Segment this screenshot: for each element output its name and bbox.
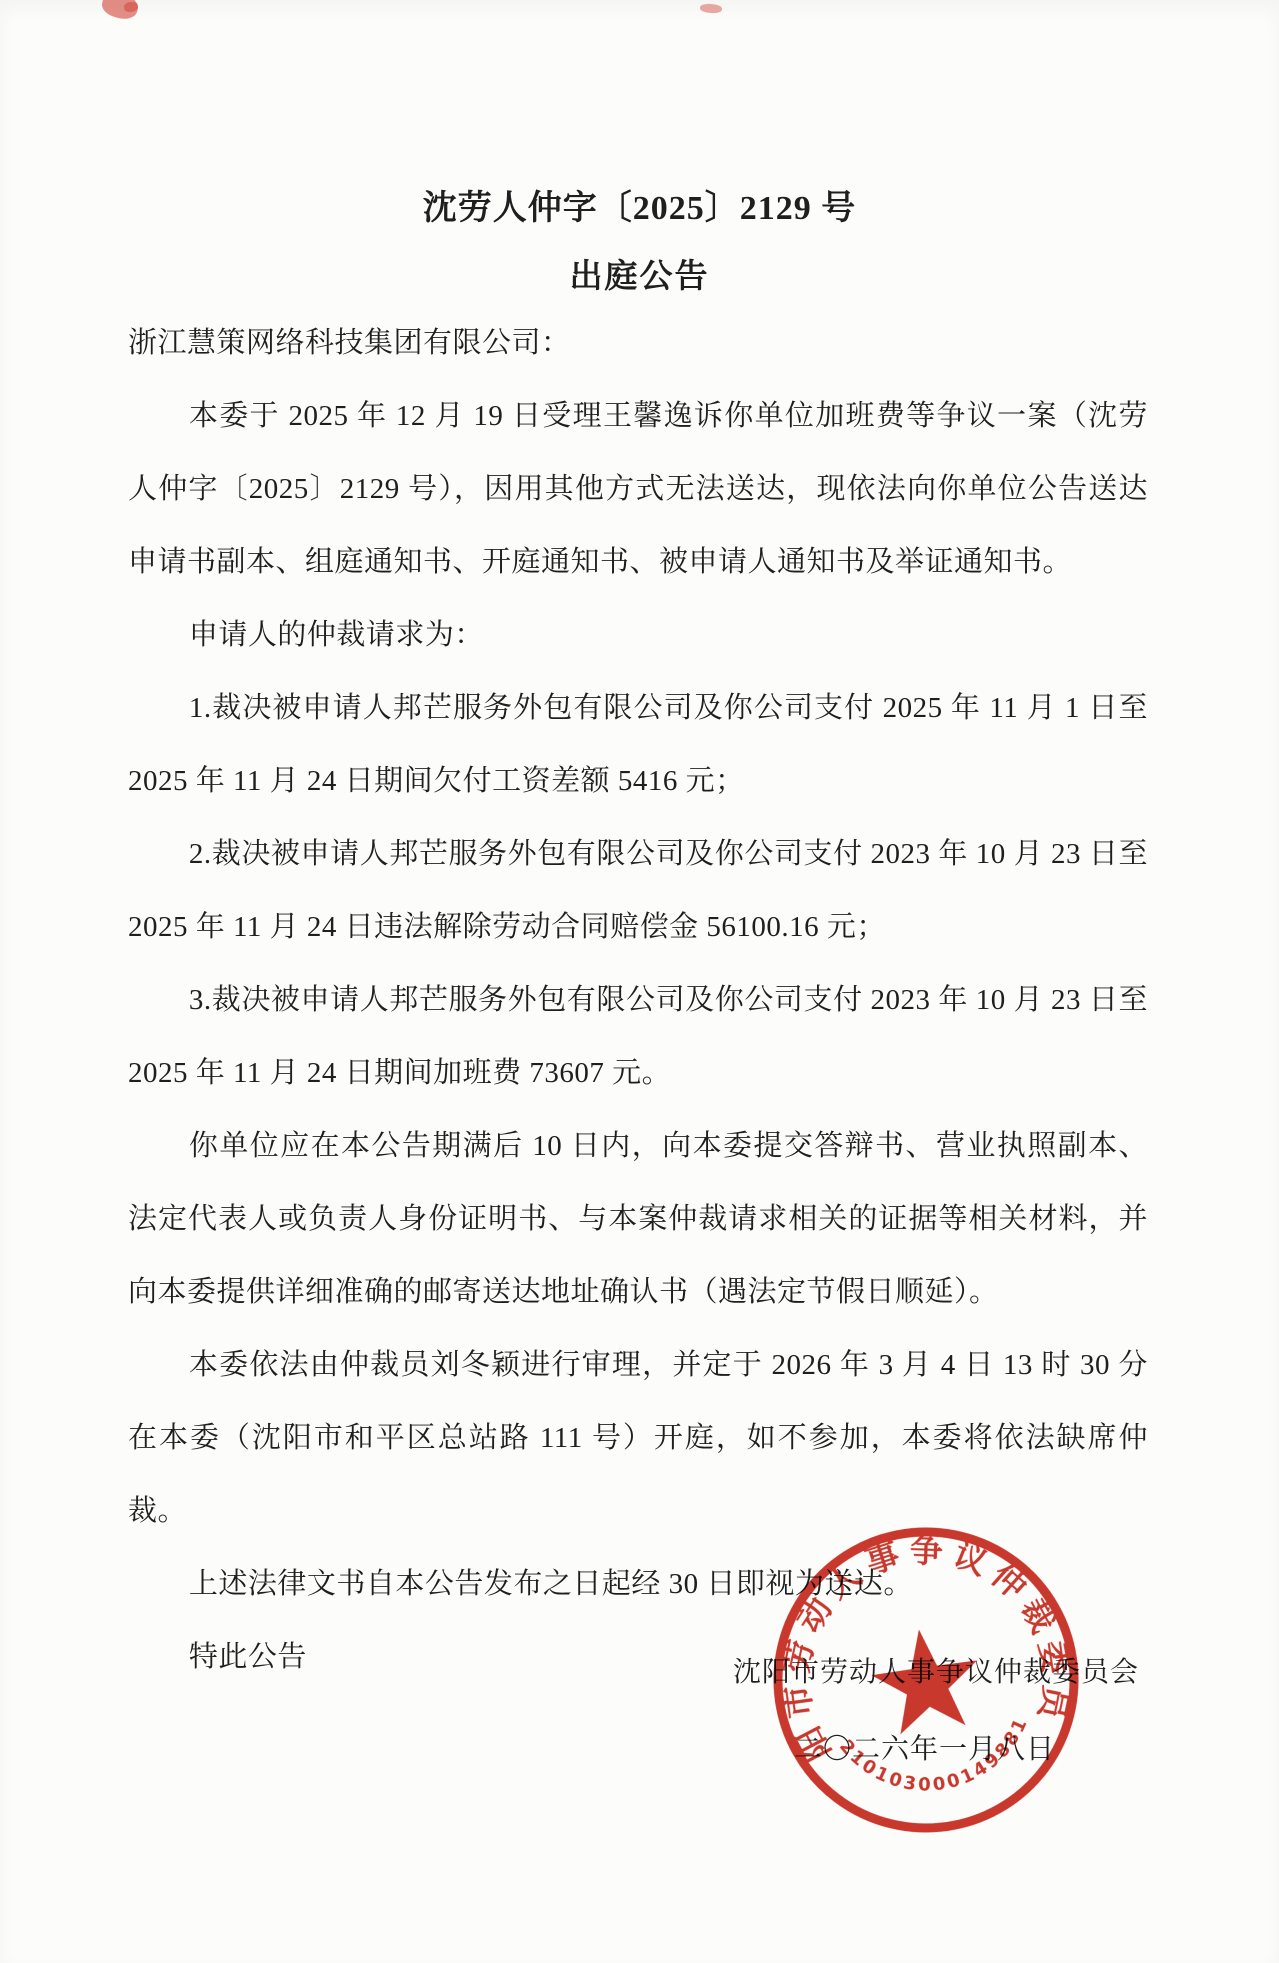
paragraph-response-requirements: 你单位应在本公告期满后 10 日内，向本委提交答辩书、营业执照副本、法定代表人或… bbox=[128, 1110, 1148, 1329]
claim-item-1: 1.裁决被申请人邦芒服务外包有限公司及你公司支付 2025 年 11 月 1 日… bbox=[128, 672, 1148, 818]
official-seal: 沈阳市劳动人事争议仲裁委员会 210103000149881 bbox=[745, 1499, 1106, 1860]
seal-star-icon bbox=[866, 1622, 986, 1737]
scanned-legal-notice: 沈劳人仲字〔2025〕2129 号 出庭公告 浙江慧策网络科技集团有限公司： 本… bbox=[0, 0, 1279, 1963]
red-ink-smudge bbox=[700, 3, 723, 14]
addressee-line: 浙江慧策网络科技集团有限公司： bbox=[128, 307, 1148, 380]
document-body: 浙江慧策网络科技集团有限公司： 本委于 2025 年 12 月 19 日受理王馨… bbox=[128, 307, 1148, 1694]
seal-ring-text: 沈阳市劳动人事争议仲裁委员会 bbox=[745, 1499, 1081, 1773]
claim-item-2: 2.裁决被申请人邦芒服务外包有限公司及你公司支付 2023 年 10 月 23 … bbox=[128, 818, 1148, 964]
paragraph-case-acceptance: 本委于 2025 年 12 月 19 日受理王馨逸诉你单位加班费等争议一案（沈劳… bbox=[128, 380, 1148, 599]
paragraph-claims-intro: 申请人的仲裁请求为： bbox=[128, 599, 1148, 672]
svg-text:沈阳市劳动人事争议仲裁委员会: 沈阳市劳动人事争议仲裁委员会 bbox=[745, 1499, 1081, 1773]
case-number: 沈劳人仲字〔2025〕2129 号 bbox=[0, 180, 1279, 229]
seal-serial-number: 210103000149881 bbox=[834, 1711, 1041, 1809]
svg-text:210103000149881: 210103000149881 bbox=[834, 1711, 1041, 1809]
document-title: 出庭公告 bbox=[0, 250, 1279, 297]
claim-item-3: 3.裁决被申请人邦芒服务外包有限公司及你公司支付 2023 年 10 月 23 … bbox=[128, 964, 1148, 1110]
